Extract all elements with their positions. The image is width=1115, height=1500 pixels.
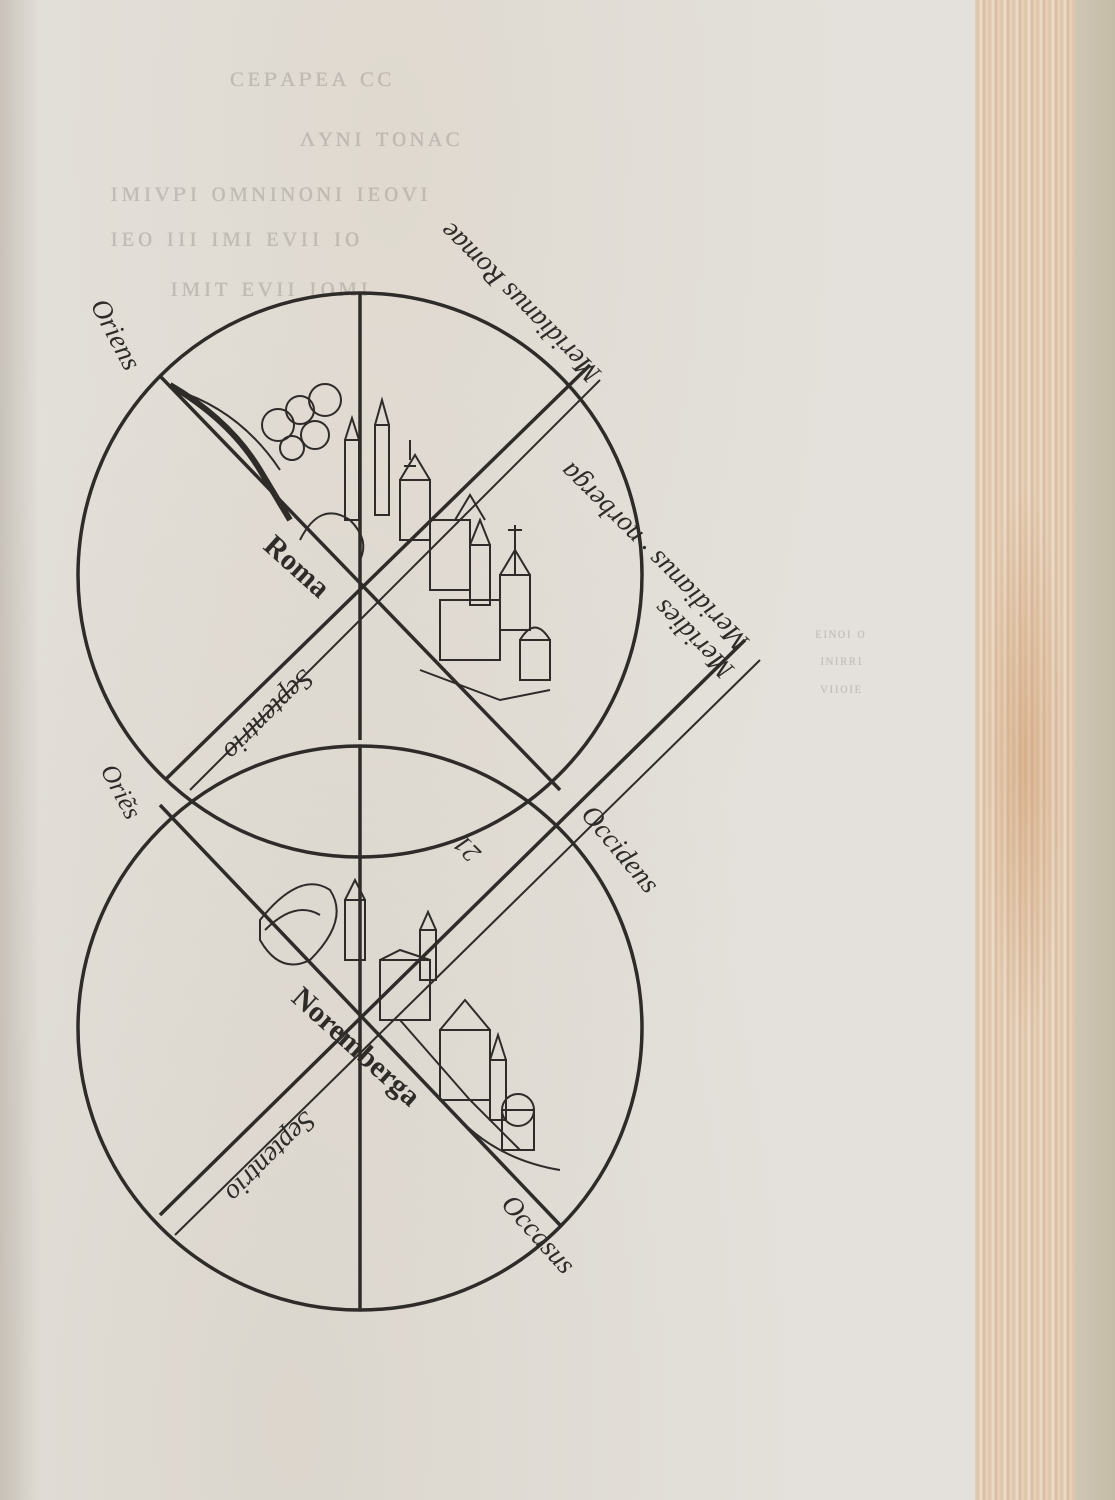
label-oriens: Oriens [84,294,147,376]
meridian-diagram: Oriens Meridianus Romae Roma Septentrio … [0,0,1115,1500]
label-occidens: Occidens [575,800,666,900]
label-meridian-number: 21 [447,829,486,868]
label-meridianus-norberga: Meridianus · norberga [554,456,756,658]
label-roma: Roma [257,529,336,605]
label-meridianus-romae: Meridianus Romae [434,216,608,390]
label-septentrio-lower: Septentrio [219,1105,322,1208]
label-oriens-lower: Oriẽs [95,759,148,824]
label-noremberga: Norembergа [285,981,427,1113]
